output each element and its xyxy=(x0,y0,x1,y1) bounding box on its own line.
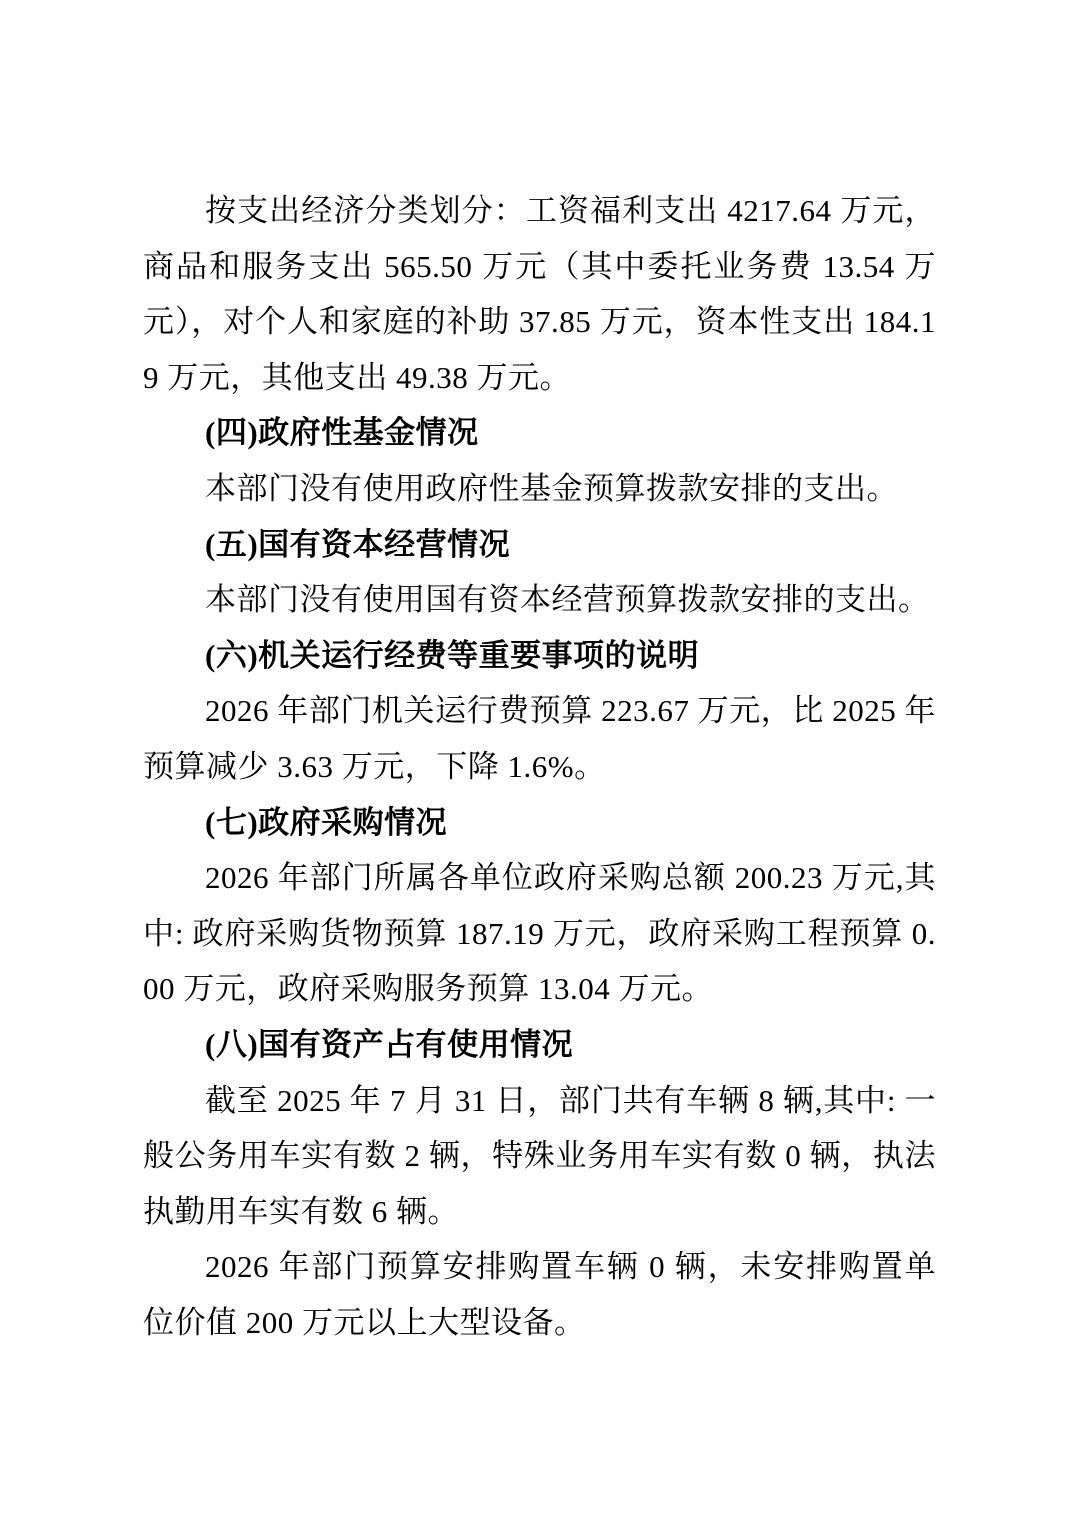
paragraph-government-procurement-details: 2026 年部门所属各单位政府采购总额 200.23 万元,其中: 政府采购货物… xyxy=(143,850,936,1017)
heading-section-4-government-funds: (四)政府性基金情况 xyxy=(143,405,936,461)
paragraph-vehicle-purchase-plan: 2026 年部门预算安排购置车辆 0 辆，未安排购置单位价值 200 万元以上大… xyxy=(143,1239,936,1350)
heading-section-7-government-procurement: (七)政府采购情况 xyxy=(143,795,936,851)
paragraph-state-capital-operation-statement: 本部门没有使用国有资本经营预算拨款安排的支出。 xyxy=(143,572,936,628)
paragraph-operating-expenses-budget: 2026 年部门机关运行费预算 223.67 万元，比 2025 年预算减少 3… xyxy=(143,683,936,794)
heading-section-8-state-assets-usage: (八)国有资产占有使用情况 xyxy=(143,1017,936,1073)
document-content: 按支出经济分类划分：工资福利支出 4217.64 万元，商品和服务支出 565.… xyxy=(143,183,936,1350)
document-page: 按支出经济分类划分：工资福利支出 4217.64 万元，商品和服务支出 565.… xyxy=(0,0,1074,1520)
paragraph-expenditure-economic-classification: 按支出经济分类划分：工资福利支出 4217.64 万元，商品和服务支出 565.… xyxy=(143,183,936,405)
paragraph-government-funds-statement: 本部门没有使用政府性基金预算拨款安排的支出。 xyxy=(143,461,936,517)
paragraph-vehicle-holdings: 截至 2025 年 7 月 31 日，部门共有车辆 8 辆,其中: 一般公务用车… xyxy=(143,1073,936,1240)
heading-section-5-state-capital-operation: (五)国有资本经营情况 xyxy=(143,517,936,573)
heading-section-6-operating-expenses-notes: (六)机关运行经费等重要事项的说明 xyxy=(143,628,936,684)
